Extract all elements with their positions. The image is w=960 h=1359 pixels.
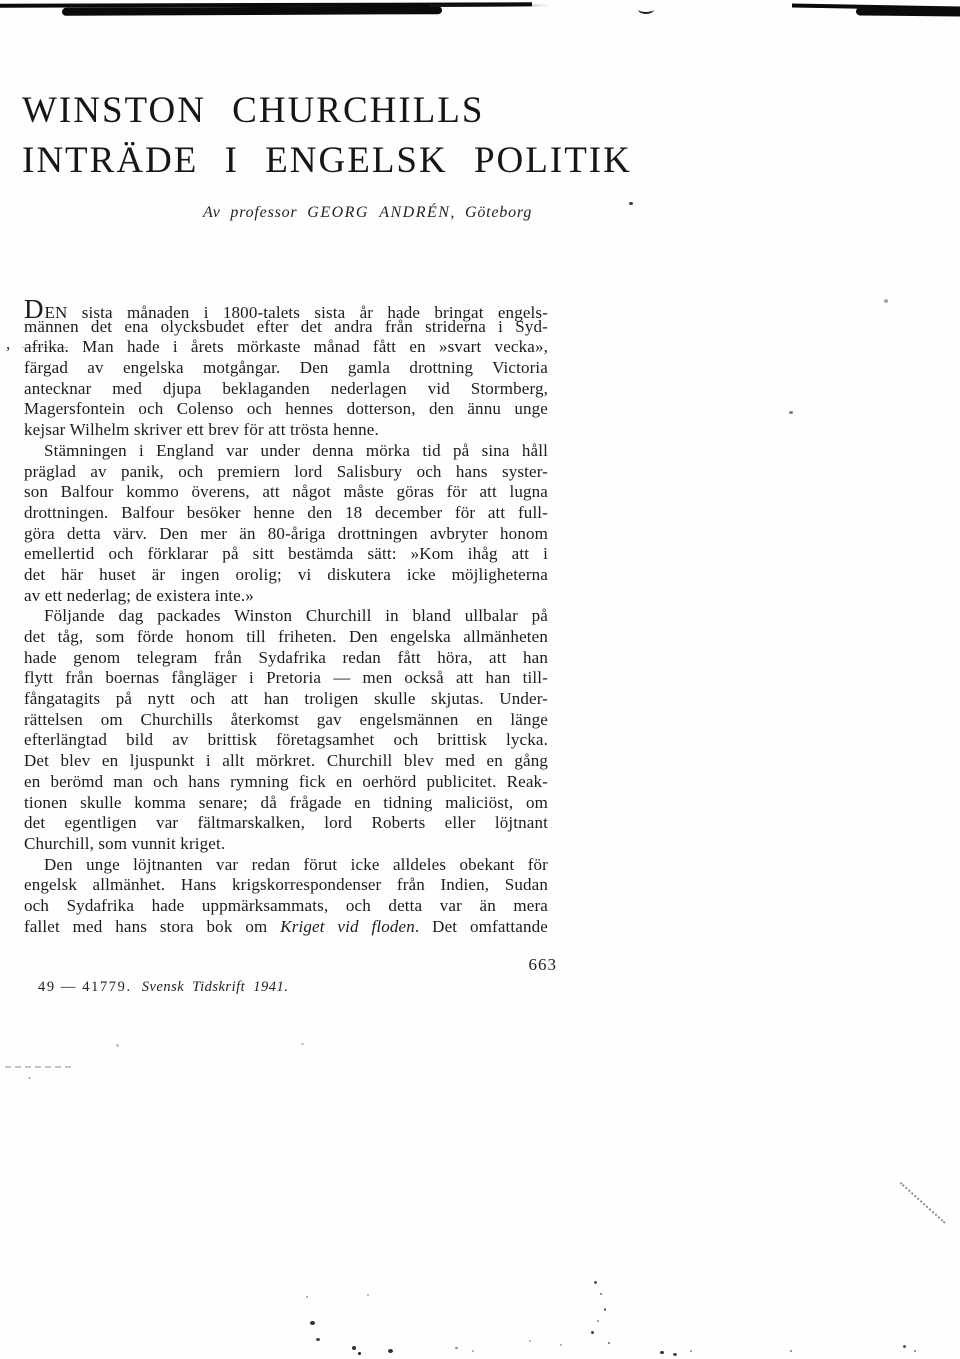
text-line: rättelsen om Churchills återkomst gav en… [24,710,548,731]
scan-artifact-dashed-line [5,1066,71,1068]
text-line: fallet med hans stora bok om Kriget vid … [24,917,548,938]
text-segment: . Det omfattande [415,917,548,936]
text-line: av ett nederlag; de existera inte.» [24,586,548,607]
text-line: efterlängtad bild av brittisk företagsam… [24,730,548,751]
footer-journal-name: Svensk Tidskrift 1941. [142,979,289,995]
text-line: det tåg, som förde honom till friheten. … [24,627,548,648]
text-line: det egentligen var fältmarskalken, lord … [24,813,548,834]
text-line: kejsar Wilhelm skriver ett brev för att … [24,420,548,441]
paragraph: DEN sista månaden i 1800-talets sista år… [24,296,548,441]
book-title-italic: Kriget vid floden [280,917,415,936]
text-line: DEN sista månaden i 1800-talets sista år… [24,296,548,317]
scan-artifact-speck [903,1345,906,1348]
scan-artifact-top-smudge [62,6,442,16]
scan-artifact-check-mark [638,5,654,14]
text-line: tionen skulle komma senare; då frågade e… [24,793,548,814]
scan-artifact-speck [455,1347,458,1349]
scan-artifact-speck [600,1293,602,1295]
scan-artifact-speck [789,411,793,414]
paragraph: Stämningen i England var under denna mör… [24,441,548,607]
article-body: DEN sista månaden i 1800-talets sista år… [24,296,548,937]
text-line: antecknar med djupa beklaganden nederlag… [24,379,548,400]
scan-artifact-speck [310,1321,315,1325]
text-line: flytt från boernas fångläger i Pretoria … [24,668,548,689]
scan-artifact-speck [316,1338,320,1341]
text-line: det här huset är ingen orolig; vi diskut… [24,565,548,586]
byline-suffix: , Göteborg [450,204,532,221]
scan-artifact-speck [594,1281,597,1284]
paragraph: Den unge löjtnanten var redan förut icke… [24,855,548,938]
text-line: hade genom telegram från Sydafrika redan… [24,648,548,669]
scan-artifact-top-right-streak [792,4,960,11]
article-title: WINSTON CHURCHILLS INTRÄDE I ENGELSK POL… [22,86,632,186]
scan-artifact-speck [629,202,633,205]
text-line: Magersfontein och Colenso och hennes dot… [24,399,548,420]
scan-artifact-top-bar [0,2,532,7]
page-number: 663 [24,955,557,975]
text-line: männen det ena olycksbudet efter det and… [24,317,548,338]
scan-artifact-speck [604,1308,606,1311]
scan-artifact-speck [306,1296,308,1298]
text-line: Churchill, som vunnit kriget. [24,834,548,855]
scanned-journal-page: WINSTON CHURCHILLS INTRÄDE I ENGELSK POL… [0,0,960,1359]
scan-artifact-margin-comma: , [6,334,10,354]
text-line: göra detta värv. Den mer än 80-åriga dro… [24,524,548,545]
scan-artifact-speck [690,1350,692,1352]
article-title-line-2: INTRÄDE I ENGELSK POLITIK [22,136,632,186]
scan-artifact-speck [352,1346,356,1350]
text-line: emellertid och förklarar på sitt bestämd… [24,544,548,565]
text-line: Den unge löjtnanten var redan förut icke… [24,855,548,876]
article-title-line-1: WINSTON CHURCHILLS [22,86,632,136]
scan-artifact-speck [116,1044,119,1047]
byline: Av professor GEORG ANDRÉN, Göteborg [203,204,532,222]
scan-artifact-speck [560,1344,562,1346]
scan-artifact-speck [358,1352,361,1355]
scan-artifact-speck [660,1351,664,1354]
text-line: fångatagits på nytt och att han troligen… [24,689,548,710]
scan-artifact-speck [884,299,888,303]
text-line: son Balfour kommo överens, att något mås… [24,482,548,503]
text-line: och Sydafrika hade uppmärksammats, och d… [24,896,548,917]
scan-artifact-speck [472,1350,474,1352]
footer: 49 — 41779.Svensk Tidskrift 1941. [38,979,288,996]
byline-prefix: Av professor [203,204,297,221]
scan-artifact-speck [28,1077,31,1079]
scan-artifact-top-right-blob [856,7,960,16]
scan-artifact-speck [367,1294,369,1296]
scan-artifact-speck [914,1350,916,1352]
scan-artifact-speck [388,1349,393,1353]
text-line: engelsk allmänhet. Hans krigskorresponde… [24,875,548,896]
scan-artifact-speck [529,1340,531,1342]
scan-artifact-top-taper [430,4,550,7]
paragraph: Följande dag packades Winston Churchill … [24,606,548,854]
text-line: drottningen. Balfour besöker henne den 1… [24,503,548,524]
text-line: Följande dag packades Winston Churchill … [24,606,548,627]
text-line: Det blev en ljuspunkt i allt mörkret. Ch… [24,751,548,772]
text-line: präglad av panik, och premiern lord Sali… [24,462,548,483]
text-line: afrika. Man hade i årets mörkaste månad … [24,337,548,358]
scan-artifact-speck [790,1350,792,1352]
scan-artifact-speck [301,1043,304,1045]
text-line: färgad av engelska motgångar. Den gamla … [24,358,548,379]
text-segment: fallet med hans stora bok om [24,917,280,936]
scan-artifact-speck [673,1353,677,1356]
scan-artifact-speck [608,1342,610,1344]
footer-reference: 49 — 41779. [38,979,132,995]
scan-artifact-speck [597,1320,599,1322]
scan-artifact-diagonal-scratch [900,1182,946,1224]
byline-author: GEORG ANDRÉN [307,204,450,221]
text-line: Stämningen i England var under denna mör… [24,441,548,462]
scan-artifact-speck [591,1331,594,1334]
text-line: en berömd man och hans rymning fick en o… [24,772,548,793]
